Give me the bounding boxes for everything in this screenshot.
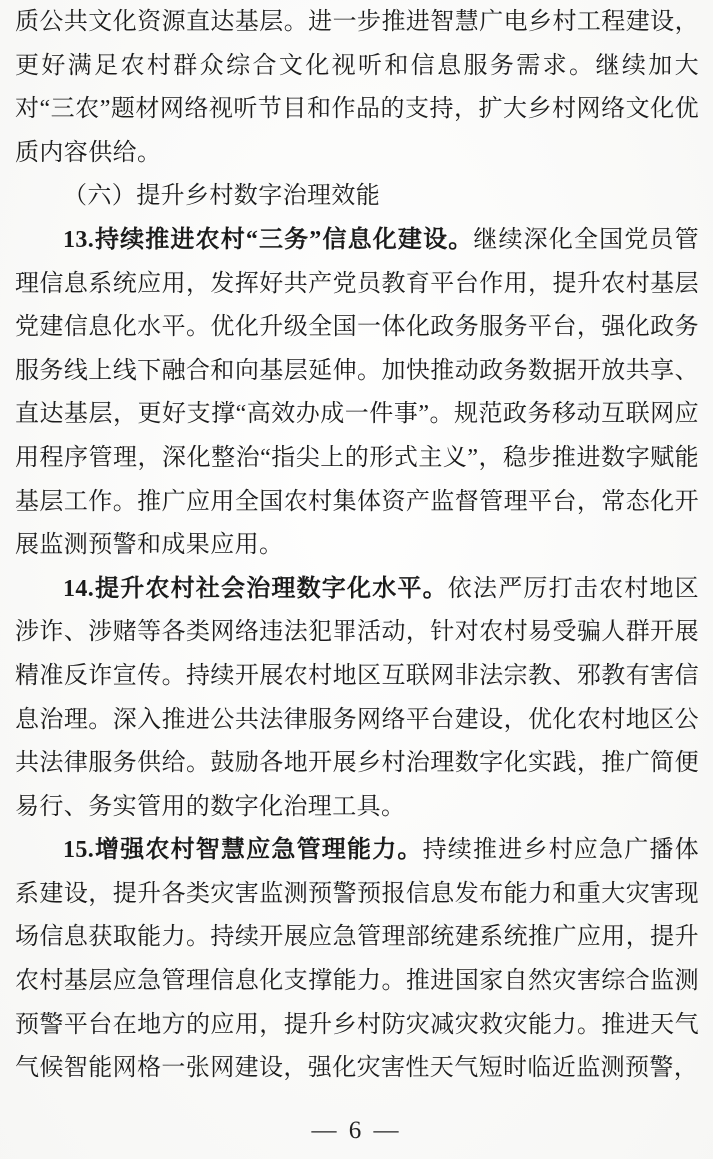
paragraph-text: 依法严厉打击农村地区涉诈、涉赌等各类网络违法犯罪活动，针对农村易受骗人群开展精准…: [15, 576, 699, 820]
item-13-lead-bold: 13.持续推进农村“三务”信息化建设。: [63, 227, 473, 253]
paragraph-text: 持续推进乡村应急广播体系建设，提升各类灾害监测预警预报信息发布能力和重大灾害现场…: [15, 837, 699, 1081]
body-paragraph-item-13: 13.持续推进农村“三务”信息化建设。继续深化全国党员管理信息系统应用，发挥好共…: [15, 219, 699, 568]
section-heading-text: （六）提升乡村数字治理效能: [63, 183, 380, 209]
document-body: 质公共文化资源直达基层。进一步推进智慧广电乡村工程建设，更好满足农村群众综合文化…: [15, 1, 699, 1091]
paragraph-text: 质公共文化资源直达基层。进一步推进智慧广电乡村工程建设，更好满足农村群众综合文化…: [15, 9, 699, 166]
body-paragraph-item-14: 14.提升农村社会治理数字化水平。依法严厉打击农村地区涉诈、涉赌等各类网络违法犯…: [15, 568, 699, 830]
section-heading: （六）提升乡村数字治理效能: [15, 175, 699, 219]
item-14-lead-bold: 14.提升农村社会治理数字化水平。: [63, 576, 448, 602]
paragraph-text: 继续深化全国党员管理信息系统应用，发挥好共产党员教育平台作用，提升农村基层党建信…: [15, 227, 699, 558]
page-number: — 6 —: [312, 1117, 402, 1144]
item-15-lead-bold: 15.增强农村智慧应急管理能力。: [63, 837, 423, 863]
page-footer: — 6 —: [0, 1116, 713, 1146]
body-paragraph-continuation: 质公共文化资源直达基层。进一步推进智慧广电乡村工程建设，更好满足农村群众综合文化…: [15, 1, 699, 175]
body-paragraph-item-15: 15.增强农村智慧应急管理能力。持续推进乡村应急广播体系建设，提升各类灾害监测预…: [15, 829, 699, 1091]
document-page: 质公共文化资源直达基层。进一步推进智慧广电乡村工程建设，更好满足农村群众综合文化…: [0, 0, 713, 1159]
